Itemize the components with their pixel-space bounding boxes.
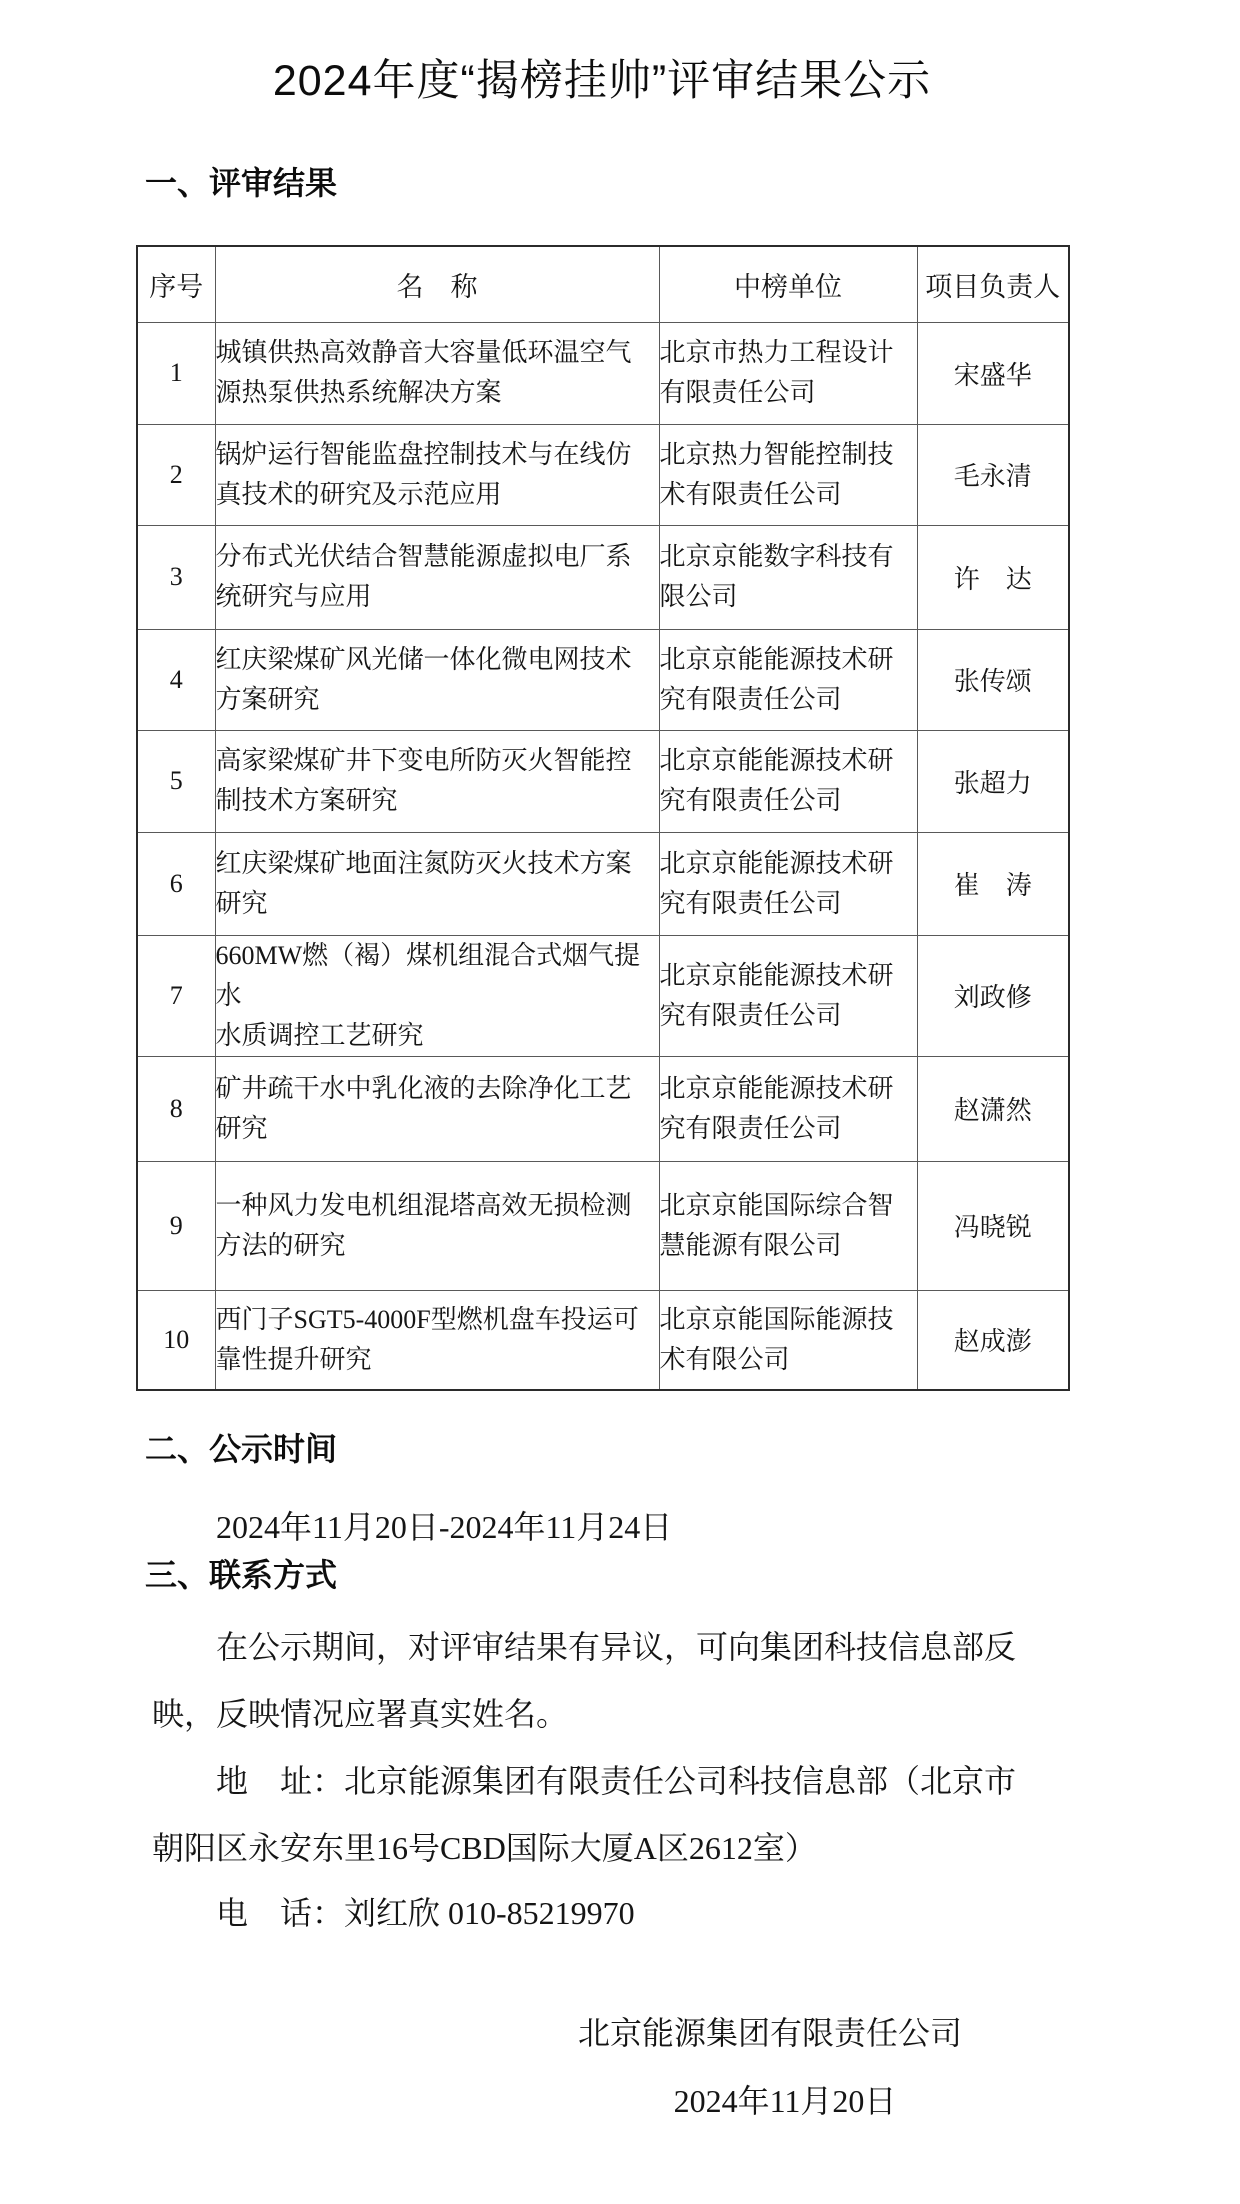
project-name-cell: 一种风力发电机组混塔高效无损检测 方法的研究 xyxy=(215,1161,659,1290)
leader-cell: 刘政修 xyxy=(917,935,1069,1056)
signature-date: 2024年11月20日 xyxy=(674,2082,897,2120)
unit-cell: 北京京能国际能源技 术有限公司 xyxy=(659,1290,917,1390)
project-name-cell: 锅炉运行智能监盘控制技术与在线仿 真技术的研究及示范应用 xyxy=(215,424,659,525)
contact-phone-text: 电 话：刘红欣 010-85219970 xyxy=(152,1880,1102,1947)
header-cell-leader: 项目负责人 xyxy=(917,246,1069,322)
leader-cell: 许 达 xyxy=(917,525,1069,629)
table-row: 6红庆梁煤矿地面注氮防灭火技术方案 研究北京京能能源技术研 究有限责任公司崔 涛 xyxy=(137,832,1069,935)
project-name-cell: 分布式光伏结合智慧能源虚拟电厂系 统研究与应用 xyxy=(215,525,659,629)
contact-address-text: 地 址：北京能源集团有限责任公司科技信息部（北京市 朝阳区永安东里16号CBD国… xyxy=(152,1748,1102,1882)
title-row: 2024年度“揭榜挂帅”评审结果公示 xyxy=(0,56,1222,106)
row-no-cell: 7 xyxy=(137,935,215,1056)
table-row: 4红庆梁煤矿风光储一体化微电网技术 方案研究北京京能能源技术研 究有限责任公司张… xyxy=(137,629,1069,730)
row-no-cell: 8 xyxy=(137,1056,215,1161)
row-no-cell: 5 xyxy=(137,730,215,832)
leader-cell: 赵成澎 xyxy=(917,1290,1069,1390)
row-no-cell: 3 xyxy=(137,525,215,629)
document-page: 2024年度“揭榜挂帅”评审结果公示 一、评审结果 序号 名 称 中榜单位 项目… xyxy=(0,0,1240,2204)
header-cell-name: 名 称 xyxy=(215,246,659,322)
leader-cell: 张传颂 xyxy=(917,629,1069,730)
table-row: 7660MW燃（褐）煤机组混合式烟气提水 水质调控工艺研究北京京能能源技术研 究… xyxy=(137,935,1069,1056)
leader-cell: 赵潇然 xyxy=(917,1056,1069,1161)
unit-cell: 北京京能能源技术研 究有限责任公司 xyxy=(659,935,917,1056)
results-table: 序号 名 称 中榜单位 项目负责人 1城镇供热高效静音大容量低环温空气 源热泵供… xyxy=(136,245,1070,1391)
header-cell-unit: 中榜单位 xyxy=(659,246,917,322)
table-row: 5高家梁煤矿井下变电所防灭火智能控 制技术方案研究北京京能能源技术研 究有限责任… xyxy=(137,730,1069,832)
row-no-cell: 4 xyxy=(137,629,215,730)
table-header-row: 序号 名 称 中榜单位 项目负责人 xyxy=(137,246,1069,322)
row-no-cell: 6 xyxy=(137,832,215,935)
leader-cell: 毛永清 xyxy=(917,424,1069,525)
page-title: 2024年度“揭榜挂帅”评审结果公示 xyxy=(0,56,1222,106)
project-name-cell: 矿井疏干水中乳化液的去除净化工艺 研究 xyxy=(215,1056,659,1161)
signature-org: 北京能源集团有限责任公司 xyxy=(578,2014,962,2052)
table-row: 10西门子SGT5-4000F型燃机盘车投运可 靠性提升研究北京京能国际能源技 … xyxy=(137,1290,1069,1390)
publicity-period-text: 2024年11月20日-2024年11月24日 xyxy=(152,1494,1102,1561)
project-name-cell: 红庆梁煤矿风光储一体化微电网技术 方案研究 xyxy=(215,629,659,730)
table-row: 8矿井疏干水中乳化液的去除净化工艺 研究北京京能能源技术研 究有限责任公司赵潇然 xyxy=(137,1056,1069,1161)
project-name-cell: 高家梁煤矿井下变电所防灭火智能控 制技术方案研究 xyxy=(215,730,659,832)
section-heading-results: 一、评审结果 xyxy=(145,164,337,202)
project-name-cell: 西门子SGT5-4000F型燃机盘车投运可 靠性提升研究 xyxy=(215,1290,659,1390)
table-row: 3分布式光伏结合智慧能源虚拟电厂系 统研究与应用北京京能数字科技有 限公司许 达 xyxy=(137,525,1069,629)
row-no-cell: 10 xyxy=(137,1290,215,1390)
unit-cell: 北京热力智能控制技 术有限责任公司 xyxy=(659,424,917,525)
section-heading-contact: 三、联系方式 xyxy=(145,1556,337,1594)
project-name-cell: 红庆梁煤矿地面注氮防灭火技术方案 研究 xyxy=(215,832,659,935)
unit-cell: 北京京能国际综合智 慧能源有限公司 xyxy=(659,1161,917,1290)
table-row: 2锅炉运行智能监盘控制技术与在线仿 真技术的研究及示范应用北京热力智能控制技 术… xyxy=(137,424,1069,525)
unit-cell: 北京京能能源技术研 究有限责任公司 xyxy=(659,629,917,730)
table-row: 1城镇供热高效静音大容量低环温空气 源热泵供热系统解决方案北京市热力工程设计 有… xyxy=(137,322,1069,424)
unit-cell: 北京京能能源技术研 究有限责任公司 xyxy=(659,832,917,935)
project-name-cell: 660MW燃（褐）煤机组混合式烟气提水 水质调控工艺研究 xyxy=(215,935,659,1056)
leader-cell: 宋盛华 xyxy=(917,322,1069,424)
unit-cell: 北京京能数字科技有 限公司 xyxy=(659,525,917,629)
header-cell-no: 序号 xyxy=(137,246,215,322)
row-no-cell: 2 xyxy=(137,424,215,525)
project-name-cell: 城镇供热高效静音大容量低环温空气 源热泵供热系统解决方案 xyxy=(215,322,659,424)
leader-cell: 张超力 xyxy=(917,730,1069,832)
row-no-cell: 9 xyxy=(137,1161,215,1290)
results-table-body: 1城镇供热高效静音大容量低环温空气 源热泵供热系统解决方案北京市热力工程设计 有… xyxy=(137,322,1069,1390)
unit-cell: 北京京能能源技术研 究有限责任公司 xyxy=(659,1056,917,1161)
leader-cell: 崔 涛 xyxy=(917,832,1069,935)
unit-cell: 北京京能能源技术研 究有限责任公司 xyxy=(659,730,917,832)
leader-cell: 冯晓锐 xyxy=(917,1161,1069,1290)
table-row: 9一种风力发电机组混塔高效无损检测 方法的研究北京京能国际综合智 慧能源有限公司… xyxy=(137,1161,1069,1290)
section-heading-period: 二、公示时间 xyxy=(145,1430,337,1468)
row-no-cell: 1 xyxy=(137,322,215,424)
unit-cell: 北京市热力工程设计 有限责任公司 xyxy=(659,322,917,424)
objection-notice-text: 在公示期间，对评审结果有异议，可向集团科技信息部反 映，反映情况应署真实姓名。 xyxy=(152,1614,1102,1748)
